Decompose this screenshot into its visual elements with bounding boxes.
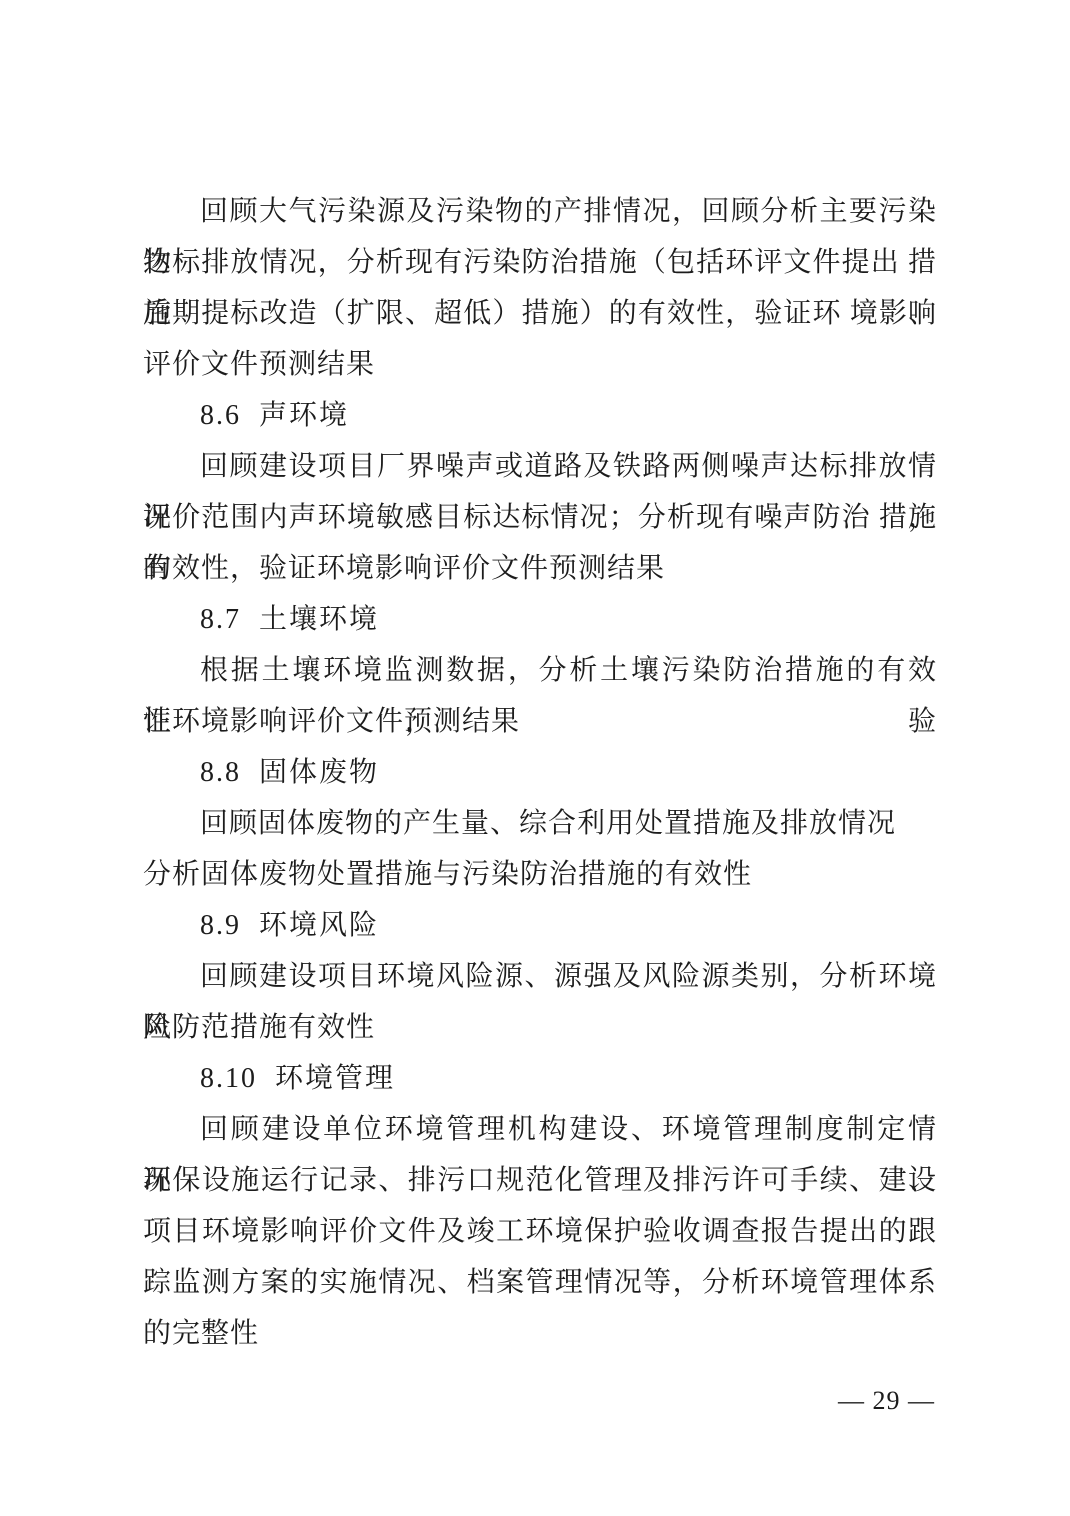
text-line: 环保设施运行记录、排污口规范化管理及排污许可手续、建设 bbox=[143, 1155, 937, 1206]
section-heading: 8.7 土壤环境 bbox=[143, 594, 937, 645]
text-line: 评价范围内声环境敏感目标达标情况；分析现有噪声防治 措施的 bbox=[143, 492, 937, 543]
text-line: 回顾建设单位环境管理机构建设、环境管理制度制定情况、 bbox=[143, 1104, 937, 1155]
text-line: 险防范措施有效性 bbox=[143, 1002, 937, 1053]
text-line: 评价文件预测结果 bbox=[143, 339, 937, 390]
text-line: 回顾建设项目厂界噪声或道路及铁路两侧噪声达标排放情 况， bbox=[143, 441, 937, 492]
text-line: 分析固体废物处置措施与污染防治措施的有效性 bbox=[143, 849, 937, 900]
section-heading: 8.6 声环境 bbox=[143, 390, 937, 441]
text-line: 踪监测方案的实施情况、档案管理情况等，分析环境管理体系 bbox=[143, 1257, 937, 1308]
text-line: 达标排放情况，分析现有污染防治措施（包括环评文件提出 措施、 bbox=[143, 237, 937, 288]
page-number: — 29 — bbox=[838, 1386, 935, 1416]
section-heading: 8.9 环境风险 bbox=[143, 900, 937, 951]
text-line: 后期提标改造（扩限、超低）措施）的有效性，验证环 境影响 bbox=[143, 288, 937, 339]
text-line: 项目环境影响评价文件及竣工环境保护验收调查报告提出的跟 bbox=[143, 1206, 937, 1257]
text-line: 回顾固体废物的产生量、综合利用处置措施及排放情况 bbox=[143, 798, 937, 849]
document-page: 回顾大气污染源及污染物的产排情况，回顾分析主要污染 物达标排放情况，分析现有污染… bbox=[0, 0, 1070, 1516]
text-line: 回顾大气污染源及污染物的产排情况，回顾分析主要污染 物 bbox=[143, 186, 937, 237]
text-line: 回顾建设项目环境风险源、源强及风险源类别，分析环境 风 bbox=[143, 951, 937, 1002]
text-line: 有效性，验证环境影响评价文件预测结果 bbox=[143, 543, 937, 594]
text-line: 根据土壤环境监测数据，分析土壤污染防治措施的有效性， 验 bbox=[143, 645, 937, 696]
section-heading: 8.10 环境管理 bbox=[143, 1053, 937, 1104]
document-text-block: 回顾大气污染源及污染物的产排情况，回顾分析主要污染 物达标排放情况，分析现有污染… bbox=[143, 186, 937, 1359]
text-line: 的完整性 bbox=[143, 1308, 937, 1359]
section-heading: 8.8 固体废物 bbox=[143, 747, 937, 798]
